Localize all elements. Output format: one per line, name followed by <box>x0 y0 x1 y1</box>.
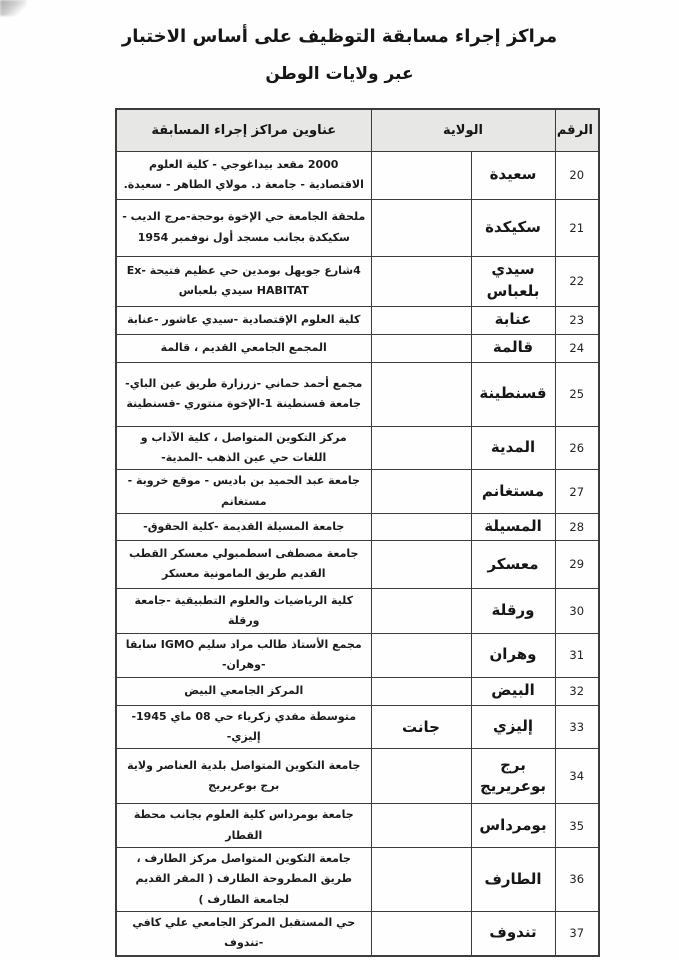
wilaya-extra <box>371 633 471 677</box>
row-number: 22 <box>555 256 599 306</box>
header-addresses: عناوين مراكز إجراء المسابقة <box>116 109 371 151</box>
wilaya-extra <box>371 911 471 955</box>
wilaya-extra <box>371 804 471 848</box>
wilaya-name: برج بوعريريج <box>471 749 555 804</box>
center-address: المجمع الجامعي القديم ، قالمة <box>116 334 371 362</box>
table-row: 20 سعيدة 2000 مقعد بيداغوجي - كلية العلو… <box>116 151 599 199</box>
row-number: 21 <box>555 199 599 256</box>
exam-centers-table: الرقم الولاية عناوين مراكز إجراء المسابق… <box>115 108 600 957</box>
title-line-1: مراكز إجراء مسابقة التوظيف على أساس الاخ… <box>0 26 679 47</box>
wilaya-name: معسكر <box>471 540 555 588</box>
wilaya-extra <box>371 199 471 256</box>
table-row: 35 بومرداس جامعة بومرداس كلية العلوم بجا… <box>116 804 599 848</box>
table-row: 36 الطارف جامعة التكوين المتواصل مركز ال… <box>116 847 599 911</box>
wilaya-extra <box>371 847 471 911</box>
wilaya-name: الطارف <box>471 847 555 911</box>
center-address: المركز الجامعي البيض <box>116 677 371 705</box>
table-row: 22 سيدي بلعباس 4شارع جويهل بومدين حي عظي… <box>116 256 599 306</box>
table-row: 26 المدية مركز التكوين المتواصل ، كلية ا… <box>116 426 599 470</box>
table-row: 31 وهران مجمع الأستاذ طالب مراد سليم IGM… <box>116 633 599 677</box>
row-number: 32 <box>555 677 599 705</box>
table-header-row: الرقم الولاية عناوين مراكز إجراء المسابق… <box>116 109 599 151</box>
scan-corner-artifact <box>0 0 26 16</box>
document-title: مراكز إجراء مسابقة التوظيف على أساس الاخ… <box>0 26 679 84</box>
row-number: 36 <box>555 847 599 911</box>
wilaya-name: المسيلة <box>471 513 555 540</box>
wilaya-name: البيض <box>471 677 555 705</box>
table-row: 34 برج بوعريريج جامعة التكوين المتواصل ب… <box>116 749 599 804</box>
center-address: جامعة التكوين المتواصل مركز الطارف ، طري… <box>116 847 371 911</box>
center-address: حي المستقبل المركز الجامعي علي كافي -تند… <box>116 911 371 955</box>
table-row: 23 عنابة كلية العلوم الإقتصادية -سيدي عا… <box>116 306 599 334</box>
center-address: 4شارع جويهل بومدين حي عظيم فتيحة Ex-HABI… <box>116 256 371 306</box>
table-row: 21 سكيكدة ملحقة الجامعة حي الإخوة بوحجة-… <box>116 199 599 256</box>
wilaya-name: سيدي بلعباس <box>471 256 555 306</box>
row-number: 35 <box>555 804 599 848</box>
wilaya-extra: جانت <box>371 705 471 749</box>
center-address: جامعة مصطفى اسطمبولي معسكر القطب القديم … <box>116 540 371 588</box>
wilaya-name: قسنطينة <box>471 362 555 426</box>
row-number: 31 <box>555 633 599 677</box>
table-row: 30 ورقلة كلية الرياضيات والعلوم التطبيقي… <box>116 588 599 633</box>
row-number: 25 <box>555 362 599 426</box>
center-address: جامعة المسيلة القديمة -كلية الحقوق- <box>116 513 371 540</box>
center-address: مركز التكوين المتواصل ، كلية الآداب و ال… <box>116 426 371 470</box>
row-number: 28 <box>555 513 599 540</box>
wilaya-name: ورقلة <box>471 588 555 633</box>
row-number: 29 <box>555 540 599 588</box>
table-row: 29 معسكر جامعة مصطفى اسطمبولي معسكر القط… <box>116 540 599 588</box>
wilaya-extra <box>371 749 471 804</box>
center-address: مجمع أحمد حماني -زرزارة طريق عين الباي-ج… <box>116 362 371 426</box>
row-number: 34 <box>555 749 599 804</box>
row-number: 20 <box>555 151 599 199</box>
center-address: متوسطة مفدي زكرياء حي 08 ماي 1945-إليزي- <box>116 705 371 749</box>
row-number: 27 <box>555 470 599 514</box>
wilaya-name: قالمة <box>471 334 555 362</box>
table-row: 25 قسنطينة مجمع أحمد حماني -زرزارة طريق … <box>116 362 599 426</box>
table-row: 37 تندوف حي المستقبل المركز الجامعي علي … <box>116 911 599 955</box>
center-address: جامعة عبد الحميد بن باديس - موقع خروبة -… <box>116 470 371 514</box>
header-wilaya: الولاية <box>371 109 555 151</box>
wilaya-name: وهران <box>471 633 555 677</box>
wilaya-name: بومرداس <box>471 804 555 848</box>
row-number: 37 <box>555 911 599 955</box>
row-number: 33 <box>555 705 599 749</box>
table-row: 33 إليزي جانت متوسطة مفدي زكرياء حي 08 م… <box>116 705 599 749</box>
center-address: ملحقة الجامعة حي الإخوة بوحجة-مرج الديب … <box>116 199 371 256</box>
table-row: 32 البيض المركز الجامعي البيض <box>116 677 599 705</box>
table-row: 28 المسيلة جامعة المسيلة القديمة -كلية ا… <box>116 513 599 540</box>
row-number: 23 <box>555 306 599 334</box>
wilaya-extra <box>371 151 471 199</box>
center-address: مجمع الأستاذ طالب مراد سليم IGMO سابقا -… <box>116 633 371 677</box>
row-number: 30 <box>555 588 599 633</box>
scanned-document-page: مراكز إجراء مسابقة التوظيف على أساس الاخ… <box>0 0 679 960</box>
table-row: 27 مستغانم جامعة عبد الحميد بن باديس - م… <box>116 470 599 514</box>
wilaya-name: تندوف <box>471 911 555 955</box>
wilaya-extra <box>371 334 471 362</box>
center-address: كلية العلوم الإقتصادية -سيدي عاشور -عناب… <box>116 306 371 334</box>
wilaya-name: مستغانم <box>471 470 555 514</box>
center-address: 2000 مقعد بيداغوجي - كلية العلوم الاقتصا… <box>116 151 371 199</box>
wilaya-extra <box>371 362 471 426</box>
wilaya-extra <box>371 588 471 633</box>
table-row: 24 قالمة المجمع الجامعي القديم ، قالمة <box>116 334 599 362</box>
wilaya-extra <box>371 426 471 470</box>
row-number: 26 <box>555 426 599 470</box>
wilaya-extra <box>371 470 471 514</box>
wilaya-name: سكيكدة <box>471 199 555 256</box>
row-number: 24 <box>555 334 599 362</box>
table-body: 20 سعيدة 2000 مقعد بيداغوجي - كلية العلو… <box>116 151 599 956</box>
title-line-2: عبر ولايات الوطن <box>0 64 679 84</box>
wilaya-extra <box>371 513 471 540</box>
wilaya-extra <box>371 677 471 705</box>
wilaya-extra <box>371 306 471 334</box>
wilaya-name: سعيدة <box>471 151 555 199</box>
wilaya-name: المدية <box>471 426 555 470</box>
wilaya-name: إليزي <box>471 705 555 749</box>
center-address: جامعة التكوين المتواصل بلدية العناصر ولا… <box>116 749 371 804</box>
wilaya-extra <box>371 256 471 306</box>
header-number: الرقم <box>555 109 599 151</box>
center-address: جامعة بومرداس كلية العلوم بجانب محطة الق… <box>116 804 371 848</box>
wilaya-name: عنابة <box>471 306 555 334</box>
wilaya-extra <box>371 540 471 588</box>
center-address: كلية الرياضيات والعلوم التطبيقية -جامعة … <box>116 588 371 633</box>
